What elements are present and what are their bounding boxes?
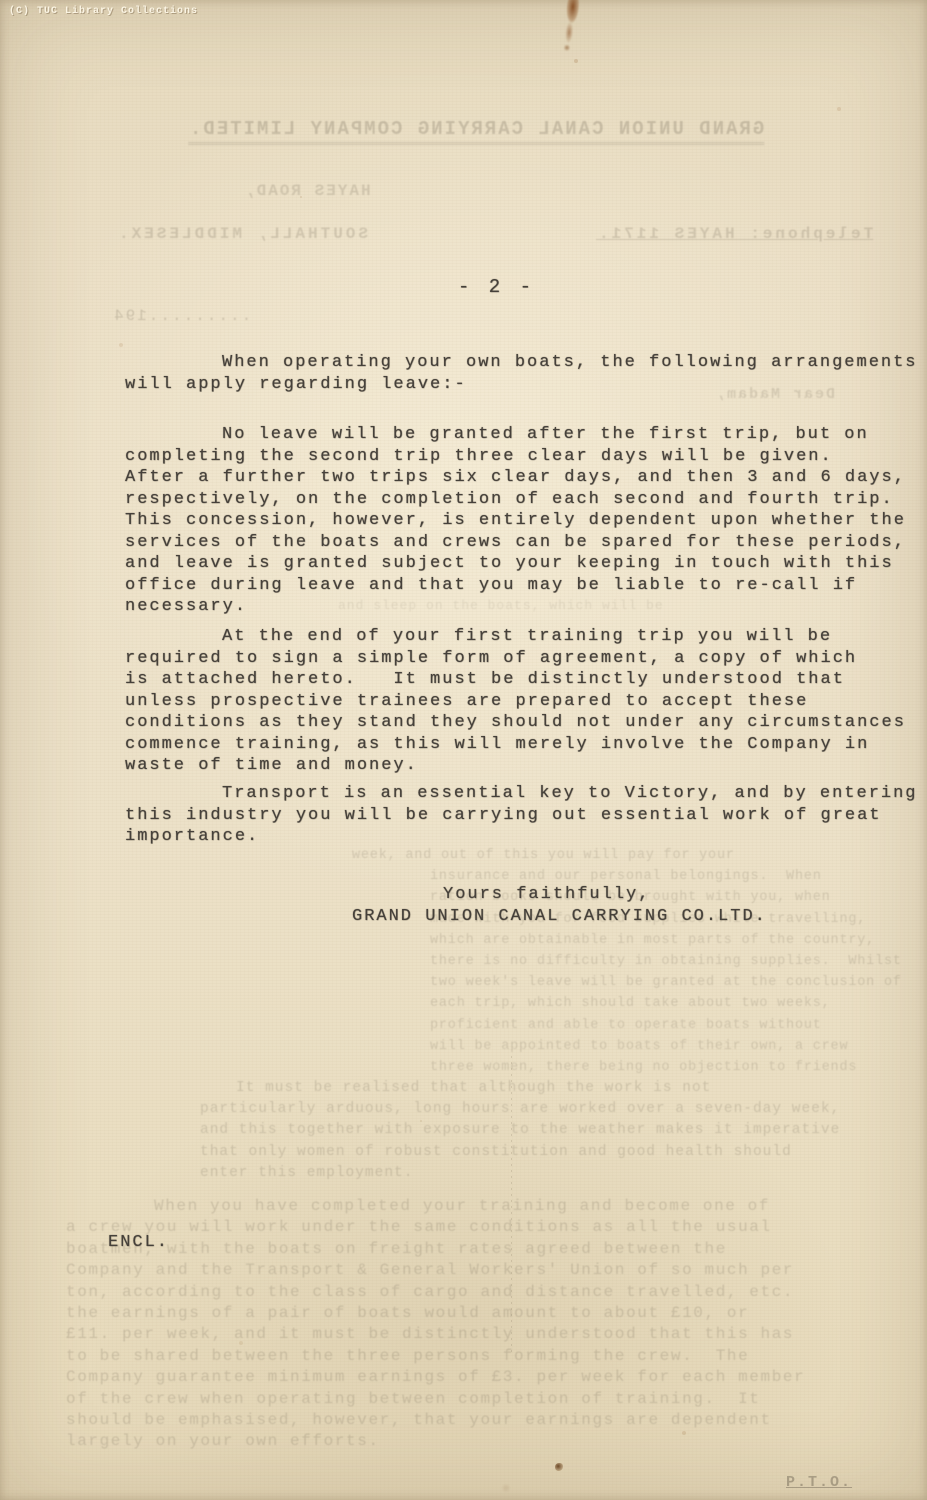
ghost-letterhead-address1: HAYES ROAD, [243,182,371,200]
ghost-pto-note: P.T.O. [786,1474,852,1491]
paragraph-leave-terms: No leave will be granted after the first… [125,424,906,618]
text-line: will apply regarding leave:- [125,374,918,396]
text-line: enter this employment. [200,1163,840,1184]
text-line: two week's leave will be granted at the … [430,972,902,993]
text-line: commence training, as this will merely i… [125,734,906,756]
text-line: of the crew when operating between compl… [66,1389,805,1410]
text-line: unless prospective trainees are prepared… [125,691,906,713]
text-line: three women, there being no objection to… [430,1057,902,1078]
text-line: this industry you will be carrying out e… [125,805,918,827]
signature-block: Yours faithfully, GRAND UNION CANAL CARR… [352,884,767,927]
text-line: After a further two trips six clear days… [125,467,906,489]
text-line: required to sign a simple form of agreem… [125,648,906,670]
text-line: office during leave and that you may be … [125,575,906,597]
paragraph-agreement: At the end of your first training trip y… [125,626,906,777]
ghost-paragraph-block: week, and out of this you will pay for y… [430,845,902,1078]
text-line: services of the boats and crews can be s… [125,532,906,554]
text-line: waste of time and money. [125,755,906,777]
text-line: largely on your own efforts. [66,1431,805,1452]
text-line: and leave is granted subject to your kee… [125,553,906,575]
text-line: that only women of robust constitution a… [200,1142,840,1163]
valediction: Yours faithfully, [352,884,767,906]
ink-speck [555,1463,563,1471]
text-line: necessary. [125,596,906,618]
text-line: each trip, which should take about two w… [430,993,902,1014]
rust-stain [560,0,583,52]
text-line: which are obtainable in most parts of th… [430,930,902,951]
text-line: importance. [125,826,918,848]
text-line: and this together with exposure to the w… [200,1120,840,1141]
enclosure-note: ENCL. [108,1232,169,1254]
ghost-date-line: .........194 [112,307,251,325]
ghost-paragraph-block: It must be realised that although the wo… [200,1078,840,1184]
text-line: No leave will be granted after the first… [125,424,906,446]
text-line: ton, according to the class of cargo and… [66,1282,805,1303]
paragraph-victory: Transport is an essential key to Victory… [125,783,918,848]
text-line: Company and the Transport & General Work… [66,1260,805,1281]
text-line: Transport is an essential key to Victory… [125,783,918,805]
text-line: will be appointed to boats of their own,… [430,1036,902,1057]
text-line: week, and out of this you will pay for y… [352,845,902,866]
text-line: When you have completed your training an… [66,1196,805,1217]
text-line: boatmen, with the boats on freight rates… [66,1239,805,1260]
company-name: GRAND UNION CANAL CARRYING CO.LTD. [352,906,767,928]
ghost-letterhead-address2: SOUTHALL, MIDDLESEX. [116,225,368,243]
text-line: When operating your own boats, the follo… [125,352,918,374]
text-line: At the end of your first training trip y… [125,626,906,648]
text-line: proficient and able to operate boats wit… [430,1015,902,1036]
ghost-letterhead-company: GRAND UNION CANAL CARRYING COMPANY LIMIT… [188,118,764,145]
text-line: £11. per week, and it must be distinctly… [66,1324,805,1345]
text-line: there is no difficulty in obtaining supp… [430,951,902,972]
text-line: completing the second trip three clear d… [125,446,906,468]
page-number: - 2 - [458,277,535,299]
text-line: This concession, however, is entirely de… [125,510,906,532]
text-line: particularly arduous, long hours are wor… [200,1099,840,1120]
text-line: conditions as they stand they should not… [125,712,906,734]
text-line: the earnings of a pair of boats would am… [66,1303,805,1324]
text-line: is attached hereto. It must be distinctl… [125,669,906,691]
paragraph-leave-intro: When operating your own boats, the follo… [125,352,918,395]
archive-watermark: (C) TUC Library Collections [9,6,198,17]
text-line: should be emphasised, however, that your… [66,1410,805,1431]
paper-specks [0,0,2,2]
text-line: It must be realised that although the wo… [200,1078,840,1099]
text-line: Company guarantee minimum earnings of £3… [66,1367,805,1388]
scanned-letter-page: (C) TUC Library Collections GRAND UNION … [0,0,927,1500]
ghost-letterhead-telephone: Telephone: HAYES 1171. [596,225,873,243]
ghost-paragraph-block: When you have completed your training an… [66,1196,805,1453]
text-line: to be shared between the three persons f… [66,1346,805,1367]
text-line: respectively, on the completion of each … [125,489,906,511]
text-line: a crew you will work under the same cond… [66,1217,805,1238]
